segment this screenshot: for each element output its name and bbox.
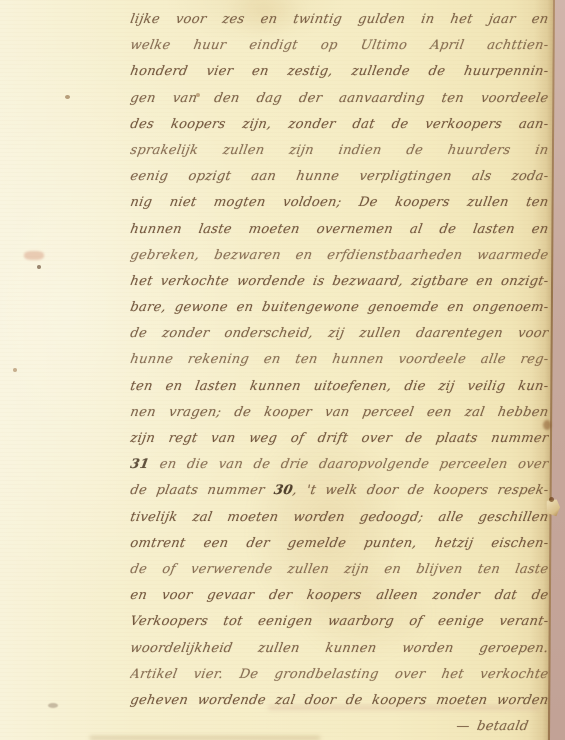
manuscript-line: Verkoopers tot eenigen waarborg of eenig… [128, 609, 551, 635]
ink-spot [37, 265, 41, 269]
manuscript-line: en voor gevaar der koopers alleen zonder… [128, 583, 551, 609]
manuscript-text: lijke voor zes en twintig gulden in het … [128, 7, 546, 740]
manuscript-line: hunnen laste moeten overnemen al de last… [128, 217, 551, 243]
manuscript-line-segment: geheven wordende zal door de koopers moe… [129, 693, 550, 708]
manuscript-line: des koopers zijn, zonder dat de verkoope… [128, 112, 551, 138]
manuscript-line-segment: gen van den dag der aanvaarding ten voor… [129, 91, 550, 106]
manuscript-line: nig niet mogten voldoen; De koopers zull… [128, 190, 551, 216]
manuscript-line: tivelijk zal moeten worden gedoogd; alle… [128, 505, 551, 531]
scanned-document: lijke voor zes en twintig gulden in het … [0, 0, 565, 740]
manuscript-line: eenig opzigt aan hunne verpligtingen als… [128, 164, 551, 190]
manuscript-line: hunne rekening en ten hunnen voordeele a… [128, 347, 551, 373]
manuscript-line-segment: ten en lasten kunnen uitoefenen, die zij… [129, 379, 550, 394]
manuscript-line-segment: bare, gewone en buitengewone genoemde en… [129, 300, 550, 315]
manuscript-line: geheven wordende zal door de koopers moe… [128, 688, 551, 714]
manuscript-line-segment: zijn regt van weg of drift over de plaat… [129, 431, 550, 446]
manuscript-line: honderd vier en zestig, zullende de huur… [128, 59, 551, 85]
manuscript-line: zijn regt van weg of drift over de plaat… [128, 426, 551, 452]
manuscript-line-segment: nig niet mogten voldoen; De koopers zull… [129, 195, 550, 210]
manuscript-line: het verkochte wordende is bezwaard, zigt… [128, 269, 551, 295]
manuscript-line-segment: — betaald [455, 719, 530, 734]
manuscript-line: de of verwerende zullen zijn en blijven … [128, 557, 551, 583]
manuscript-line-segment: de zonder onderscheid, zij zullen daaren… [129, 326, 550, 341]
manuscript-line-segment: nen vragen; de kooper van perceel een za… [129, 405, 550, 420]
manuscript-line-segment: , 't welk door de koopers respek- [291, 483, 549, 498]
manuscript-line-segment: Artikel vier. De grondbelasting over het… [129, 667, 550, 682]
manuscript-line-segment: eenig opzigt aan hunne verpligtingen als… [129, 169, 550, 184]
ink-spot [65, 95, 70, 99]
manuscript-line-segment: het verkochte wordende is bezwaard, zigt… [129, 274, 550, 289]
manuscript-line-segment: welke huur eindigt op Ultimo April achtt… [129, 38, 550, 53]
manuscript-line: woordelijkheid zullen kunnen worden gero… [128, 636, 551, 662]
manuscript-line: bare, gewone en buitengewone genoemde en… [128, 295, 551, 321]
red-smudge [24, 251, 44, 260]
manuscript-line: lijke voor zes en twintig gulden in het … [128, 7, 551, 33]
manuscript-line-segment: en die van de drie daaropvolgende percee… [148, 457, 550, 472]
manuscript-line-segment: sprakelijk zullen zijn indien de huurder… [129, 143, 550, 158]
manuscript-line-segment: lijke voor zes en twintig gulden in het … [129, 12, 550, 27]
manuscript-line: ten en lasten kunnen uitoefenen, die zij… [128, 374, 551, 400]
manuscript-line-segment: hunnen laste moeten overnemen al de last… [129, 222, 550, 237]
manuscript-line: — betaald [128, 714, 551, 740]
ink-spot [13, 368, 17, 372]
manuscript-line-segment: en voor gevaar der koopers alleen zonder… [129, 588, 550, 603]
manuscript-line-segment: omtrent een der gemelde punten, hetzij e… [129, 536, 550, 551]
manuscript-line: 31 en die van de drie daaropvolgende per… [128, 452, 551, 478]
manuscript-line: de plaats nummer 30, 't welk door de koo… [128, 478, 551, 504]
manuscript-line: nen vragen; de kooper van perceel een za… [128, 400, 551, 426]
manuscript-line: omtrent een der gemelde punten, hetzij e… [128, 531, 551, 557]
manuscript-line: gen van den dag der aanvaarding ten voor… [128, 86, 551, 112]
manuscript-line: welke huur eindigt op Ultimo April achtt… [128, 33, 551, 59]
manuscript-line-segment: de of verwerende zullen zijn en blijven … [129, 562, 550, 577]
manuscript-line-segment: de plaats nummer [129, 483, 275, 498]
manuscript-line: Artikel vier. De grondbelasting over het… [128, 662, 551, 688]
manuscript-line-segment: hunne rekening en ten hunnen voordeele a… [129, 352, 550, 367]
manuscript-line-segment: honderd vier en zestig, zullende de huur… [129, 64, 550, 79]
manuscript-page: lijke voor zes en twintig gulden in het … [0, 0, 556, 740]
manuscript-line-segment: Verkoopers tot eenigen waarborg of eenig… [129, 614, 550, 629]
manuscript-line-segment: des koopers zijn, zonder dat de verkoope… [129, 117, 550, 132]
manuscript-line-segment: gebreken, bezwaren en erfdienstbaarheden… [129, 248, 550, 263]
manuscript-line-segment: woordelijkheid zullen kunnen worden gero… [129, 641, 550, 656]
ink-spot [48, 703, 58, 708]
manuscript-line-segment: tivelijk zal moeten worden gedoogd; alle… [129, 510, 550, 525]
manuscript-line: sprakelijk zullen zijn indien de huurder… [128, 138, 551, 164]
manuscript-line: gebreken, bezwaren en erfdienstbaarheden… [128, 243, 551, 269]
manuscript-line: de zonder onderscheid, zij zullen daaren… [128, 321, 551, 347]
